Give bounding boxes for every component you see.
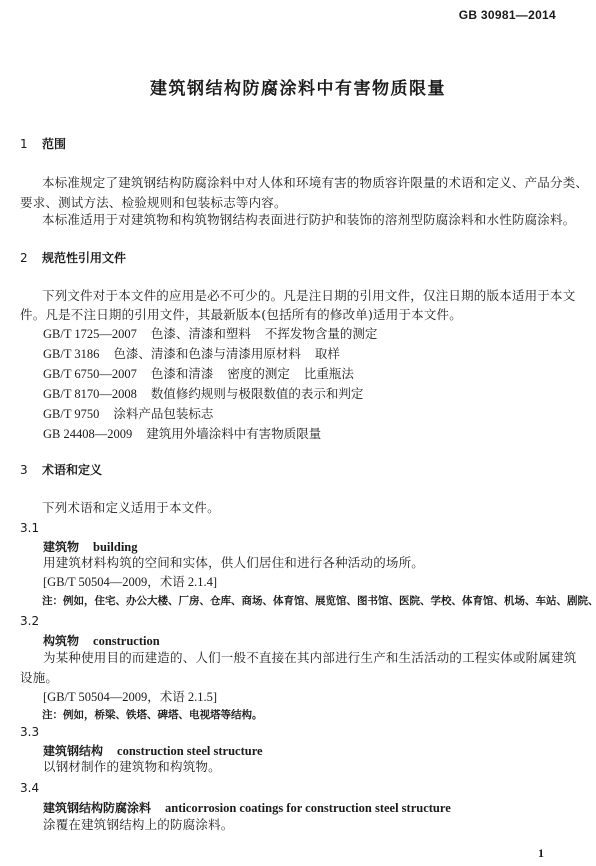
reference-title: 数值修约规则与极限数值的表示和判定 <box>151 386 364 401</box>
reference-title: 色漆和清漆密度的测定比重瓶法 <box>151 366 354 381</box>
term-definition: 设施。 <box>20 668 58 688</box>
term-definition: 用建筑材料构筑的空间和实体，供人们居住和进行各种活动的场所。 <box>43 553 424 573</box>
paragraph-line: 本标准规定了建筑钢结构防腐涂料中对人体和环境有害的物质容许限量的术语和定义、产品… <box>42 173 588 193</box>
section-title: 规范性引用文件 <box>42 251 126 265</box>
term-heading: 建筑钢结构防腐涂料anticorrosion coatings for cons… <box>43 799 451 816</box>
reference-title: 涂料产品包装标志 <box>113 406 213 421</box>
section-2-heading: 2规范性引用文件 <box>20 249 126 266</box>
document-title: 建筑钢结构防腐涂料中有害物质限量 <box>0 74 596 99</box>
reference-code: GB 24408—2009 <box>43 427 132 442</box>
section-title: 范围 <box>42 137 66 151</box>
reference-item: GB 24408—2009建筑用外墙涂料中有害物质限量 <box>43 424 321 442</box>
term-note: 注：例如，桥梁、铁塔、碑塔、电视塔等结构。 <box>42 707 263 722</box>
reference-code: GB/T 8170—2008 <box>43 387 137 402</box>
term-number: 3.3 <box>20 725 39 739</box>
section-1-heading: 1范围 <box>20 135 66 152</box>
term-source: [GB/T 50504—2009，术语 2.1.5] <box>43 687 217 705</box>
paragraph-line: 下列文件对于本文件的应用是必不可少的。凡是注日期的引用文件，仅注日期的版本适用于… <box>42 286 575 306</box>
reference-item: GB/T 6750—2007色漆和清漆密度的测定比重瓶法 <box>43 364 354 382</box>
term-en: anticorrosion coatings for construction … <box>165 801 451 815</box>
reference-item: GB/T 8170—2008数值修约规则与极限数值的表示和判定 <box>43 384 363 402</box>
term-en: building <box>93 540 137 554</box>
term-definition: 为某种使用目的而建造的、人们一般不直接在其内部进行生产和生活活动的工程实体或附属… <box>43 648 576 668</box>
reference-title: 色漆、清漆和塑料不挥发物含量的测定 <box>151 326 378 341</box>
reference-title: 色漆、清漆和色漆与清漆用原材料取样 <box>113 346 340 361</box>
term-number: 3.1 <box>20 521 39 535</box>
term-zh: 建筑钢结构 <box>43 744 103 758</box>
reference-item: GB/T 9750涂料产品包装标志 <box>43 404 213 422</box>
section-number: 1 <box>20 137 42 151</box>
term-note: 注：例如，住宅、办公大楼、厂房、仓库、商场、体育馆、展览馆、图书馆、医院、学校、… <box>42 593 596 608</box>
term-number: 3.4 <box>20 781 39 795</box>
term-number: 3.2 <box>20 614 39 628</box>
section-title: 术语和定义 <box>42 463 102 477</box>
section-3-heading: 3术语和定义 <box>20 461 102 478</box>
term-en: construction <box>93 634 160 648</box>
paragraph-line: 下列术语和定义适用于本文件。 <box>42 498 220 518</box>
term-definition: 涂覆在建筑钢结构上的防腐涂料。 <box>43 815 234 835</box>
page-number: 1 <box>538 846 544 861</box>
reference-item: GB/T 1725—2007色漆、清漆和塑料不挥发物含量的测定 <box>43 324 377 342</box>
reference-code: GB/T 3186 <box>43 347 99 362</box>
reference-code: GB/T 6750—2007 <box>43 367 137 382</box>
term-zh: 建筑钢结构防腐涂料 <box>43 801 151 815</box>
term-source: [GB/T 50504—2009，术语 2.1.4] <box>43 572 217 590</box>
term-en: construction steel structure <box>117 744 263 758</box>
paragraph-line: 本标准适用于对建筑物和构筑物钢结构表面进行防护和装饰的溶剂型防腐涂料和水性防腐涂… <box>42 210 575 230</box>
term-zh: 构筑物 <box>43 634 79 648</box>
reference-title: 建筑用外墙涂料中有害物质限量 <box>146 426 321 441</box>
reference-code: GB/T 1725—2007 <box>43 327 137 342</box>
term-zh: 建筑物 <box>43 540 79 554</box>
reference-code: GB/T 9750 <box>43 407 99 422</box>
term-heading: 构筑物construction <box>43 632 160 649</box>
paragraph-line: 件。凡是不注日期的引用文件，其最新版本(包括所有的修改单)适用于本文件。 <box>20 305 462 325</box>
term-definition: 以钢材制作的建筑物和构筑物。 <box>43 757 221 777</box>
section-number: 2 <box>20 251 42 265</box>
standard-code: GB 30981—2014 <box>459 8 556 22</box>
reference-item: GB/T 3186色漆、清漆和色漆与清漆用原材料取样 <box>43 344 340 362</box>
section-number: 3 <box>20 463 42 477</box>
